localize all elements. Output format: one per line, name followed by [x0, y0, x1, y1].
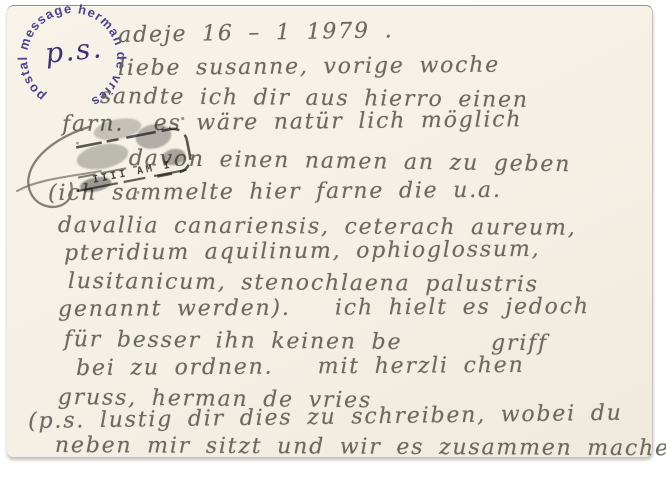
- postcard-card: postal message herman de vries p.s. adej…: [7, 5, 653, 457]
- handwriting-line: genannt werden). ich hielt es jedoch: [58, 294, 590, 322]
- ps-annotation: p.s.: [43, 31, 104, 70]
- handwriting-line: bei zu ordnen. mit herzli chen: [76, 353, 525, 381]
- postmark-smudge: IIII AM I: [58, 102, 215, 210]
- handwriting-line: adeje 16 – 1 1979 .: [118, 18, 394, 48]
- scanned-postcard: postal message herman de vries p.s. adej…: [0, 0, 666, 480]
- handwriting-line: für besser ihn keinen be griff: [64, 327, 548, 356]
- handwriting-line: neben mir sitzt und wir es zusammen mach…: [55, 433, 666, 461]
- handwriting-line: lusitanicum, stenochlaena palustris: [68, 269, 539, 297]
- handwriting-line: pteridium aquilinum, ophioglossum,: [64, 237, 540, 266]
- handwriting-line: liebe susanne, vorige woche: [118, 53, 500, 81]
